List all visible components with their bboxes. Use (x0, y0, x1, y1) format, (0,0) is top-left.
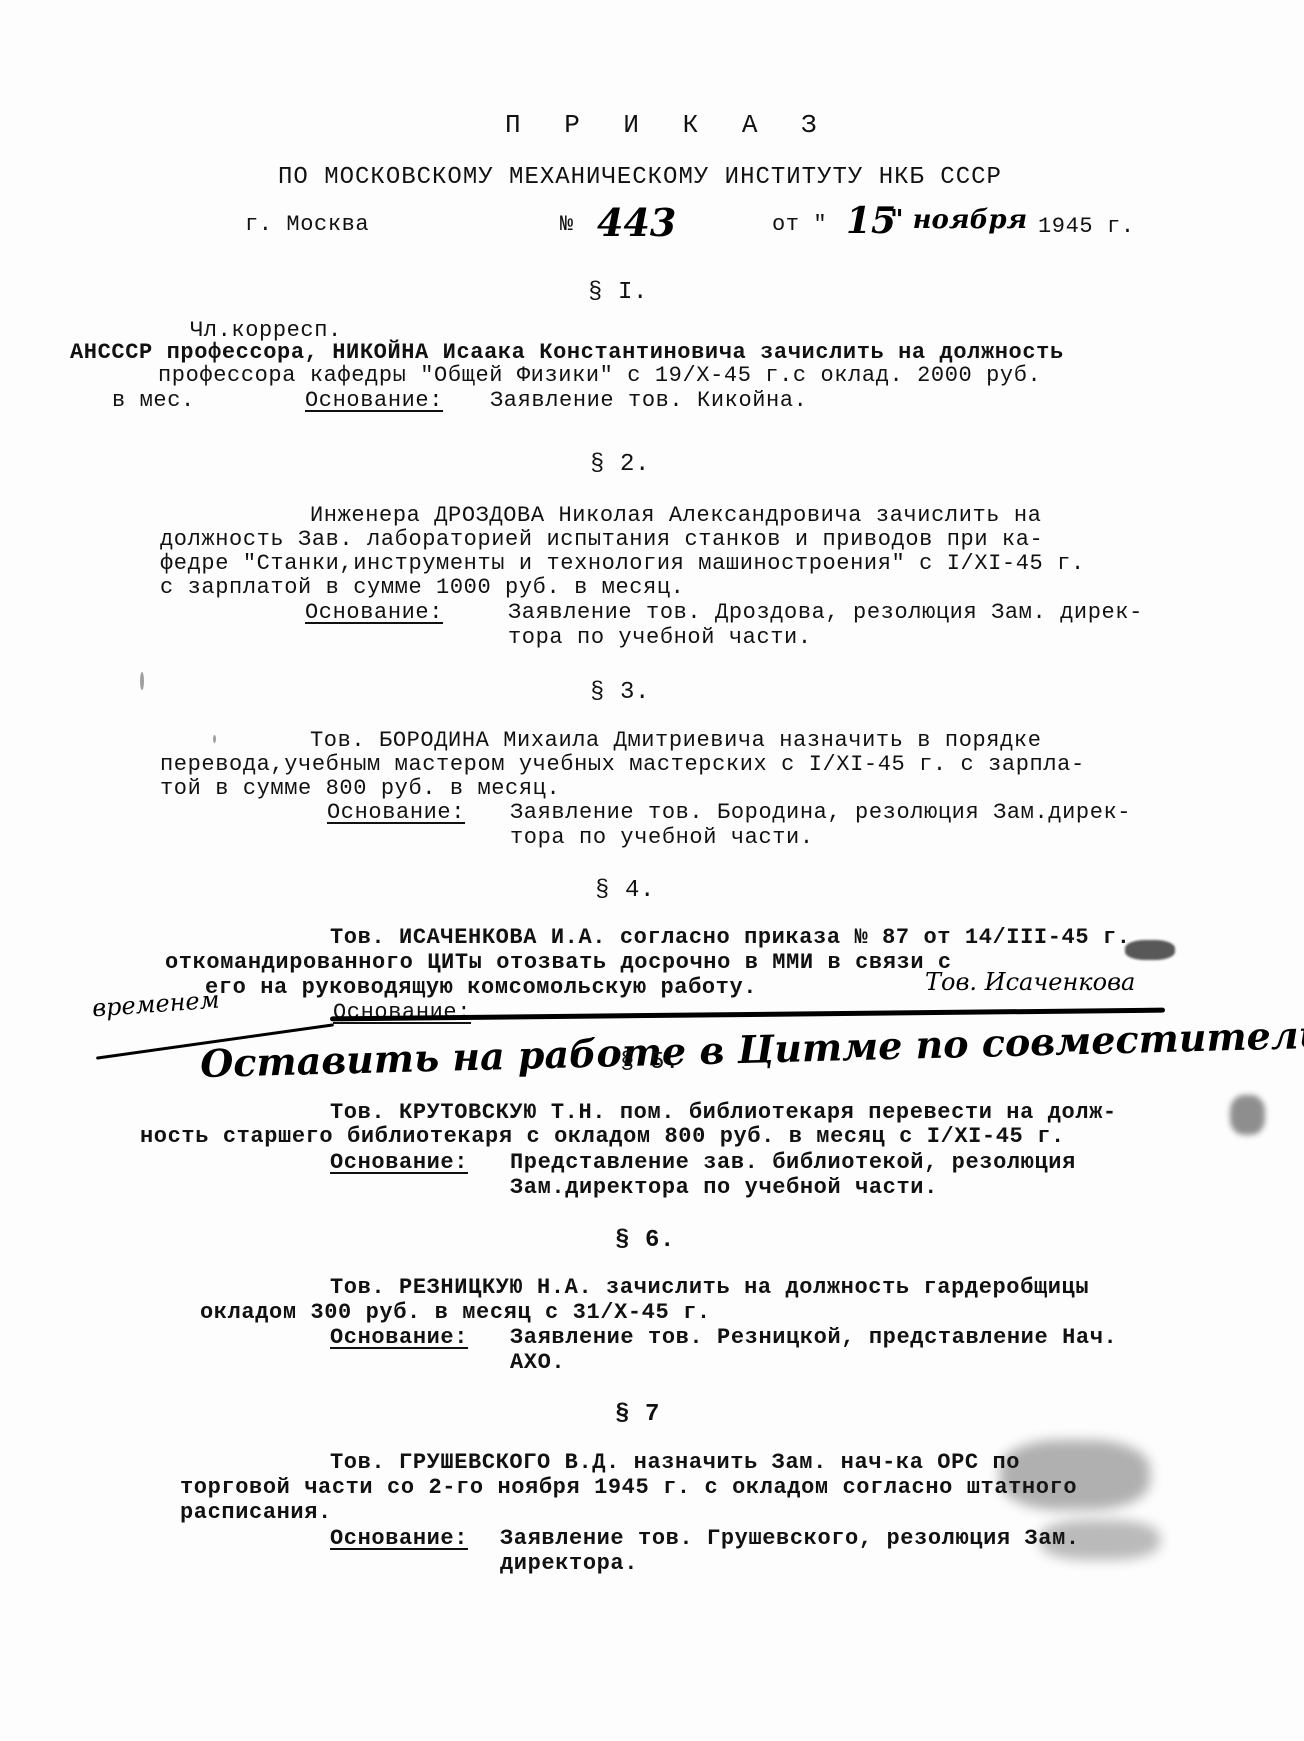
section-3-line: перевода,учебным мастером учебных мастер… (160, 752, 1085, 778)
section-5-basis-text: Зам.директора по учебной части. (510, 1175, 938, 1201)
section-2-line: должность Зав. лабораторией испытания ст… (160, 527, 1043, 553)
section-3-line: Тов. БОРОДИНА Михаила Дмитриевича назнач… (310, 728, 1042, 754)
section-6-basis-text: АХО. (510, 1350, 565, 1376)
scan-smudge (1230, 1095, 1265, 1135)
section-2-line: Инженера ДРОЗДОВА Николая Александровича… (310, 503, 1042, 529)
order-number-prefix: № (560, 212, 574, 238)
section-1-basis-text: Заявление тов. Кикойна. (490, 388, 807, 414)
ink-blot (1125, 940, 1175, 960)
section-6-heading: § 6. (615, 1228, 675, 1254)
section-3-basis-text: Заявление тов. Бородина, резолюция Зам.д… (510, 800, 1131, 826)
date-year: 1945 г. (1038, 214, 1135, 240)
section-3-basis-text: тора по учебной части. (510, 825, 814, 851)
section-1-line: в мес. (112, 388, 195, 414)
section-2-line: с зарплатой в сумме 1000 руб. в месяц. (160, 575, 684, 601)
section-2-line: федре "Станки,инструменты и технология м… (160, 551, 1085, 577)
scan-speck (140, 672, 144, 690)
section-5-basis-text: Представление зав. библиотекой, резолюци… (510, 1150, 1076, 1176)
section-7-heading: § 7 (615, 1402, 660, 1428)
section-4-line: Тов. ИСАЧЕНКОВА И.А. согласно приказа № … (330, 925, 1131, 951)
scan-smudge (1040, 1520, 1160, 1560)
section-4-line: откомандированного ЦИТы отозвать досрочн… (165, 950, 952, 976)
handwritten-note-margin: временем (91, 986, 220, 1023)
section-4-line: его на руководящую комсомольскую работу. (205, 975, 757, 1001)
section-6-line: окладом 300 руб. в месяц с 31/Х-45 г. (200, 1300, 711, 1326)
section-2-basis-text: Заявление тов. Дроздова, резолюция Зам. … (508, 600, 1143, 626)
section-7-line: Тов. ГРУШЕВСКОГО В.Д. назначить Зам. нач… (330, 1450, 1020, 1476)
section-3-line: той в сумме 800 руб. в месяц. (160, 776, 560, 802)
order-number-handwritten: 443 (597, 200, 676, 245)
section-1-heading: § I. (588, 280, 648, 306)
section-6-basis-label: Основание: (330, 1325, 468, 1351)
section-6-basis-text: Заявление тов. Резницкой, представление … (510, 1325, 1117, 1351)
handwritten-note-inline: Тов. Исаченкова (925, 968, 1135, 996)
section-6-line: Тов. РЕЗНИЦКУЮ Н.А. зачислить на должнос… (330, 1275, 1089, 1301)
city-label: г. Москва (245, 212, 369, 238)
section-3-heading: § 3. (590, 680, 650, 706)
section-2-heading: § 2. (590, 452, 650, 478)
section-5-heading: § 5. (620, 1050, 680, 1076)
date-day-handwritten: 15 (846, 200, 896, 242)
section-5-line: ность старшего библиотекаря с окладом 80… (140, 1124, 1065, 1150)
document-title: П Р И К А З (505, 112, 831, 138)
section-7-basis-text: директора. (500, 1551, 638, 1577)
section-1-basis-label: Основание: (305, 388, 443, 414)
section-2-basis-text: тора по учебной части. (508, 625, 812, 651)
section-7-basis-text: Заявление тов. Грушевского, резолюция За… (500, 1526, 1080, 1552)
section-5-line: Тов. КРУТОВСКУЮ Т.Н. пом. библиотекаря п… (330, 1100, 1117, 1126)
section-4-heading: § 4. (595, 878, 655, 904)
date-month-handwritten: " ноября (890, 205, 1027, 235)
section-4-basis-label: Основание: (333, 1000, 471, 1026)
section-7-line: расписания. (180, 1500, 332, 1526)
section-5-basis-label: Основание: (330, 1150, 468, 1176)
section-7-line: торговой части со 2-го ноября 1945 г. с … (180, 1475, 1077, 1501)
section-3-basis-label: Основание: (327, 800, 465, 826)
section-2-basis-label: Основание: (305, 600, 443, 626)
section-7-basis-label: Основание: (330, 1526, 468, 1552)
institution-subtitle: ПО МОСКОВСКОМУ МЕХАНИЧЕСКОМУ ИНСТИТУТУ Н… (278, 165, 1002, 191)
scan-speck (213, 735, 216, 743)
scan-smudge (1000, 1440, 1150, 1510)
document-page: П Р И К А З ПО МОСКОВСКОМУ МЕХАНИЧЕСКОМУ… (0, 0, 1304, 1741)
section-1-line: профессора кафедры "Общей Физики" с 19/Х… (158, 363, 1041, 389)
date-prefix: от " (772, 212, 827, 238)
